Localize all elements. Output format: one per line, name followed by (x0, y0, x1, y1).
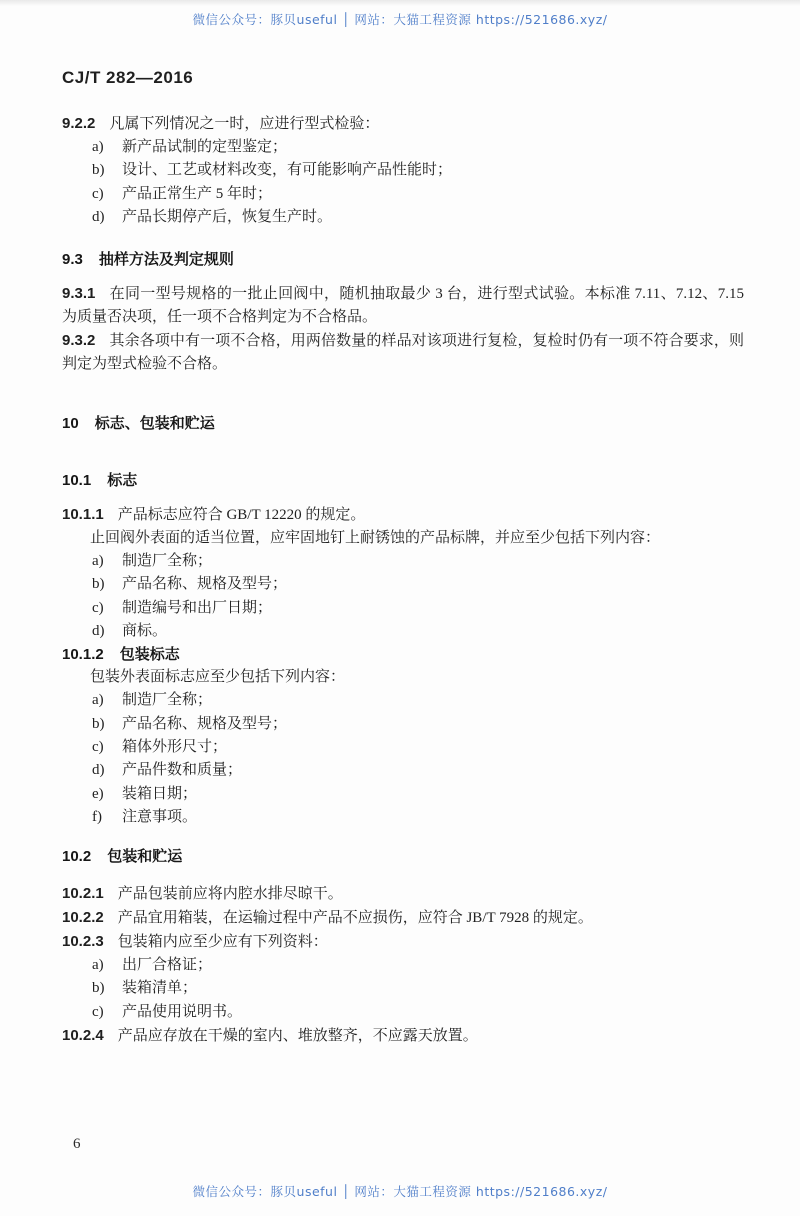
heading-10: 10标志、包装和贮运 (62, 412, 744, 435)
document-page: 微信公众号：豚贝useful │ 网站：大猫工程资源 https://52168… (0, 0, 800, 1216)
clause-10-2-3: 10.2.3包装箱内应至少应有下列资料： (62, 930, 744, 954)
list-item: a) 出厂合格证； (62, 954, 744, 977)
list-item-text: 箱体外形尺寸； (122, 736, 227, 759)
list-item: c) 箱体外形尺寸； (62, 736, 744, 759)
list-item: c) 产品使用说明书。 (62, 1001, 744, 1024)
list-item-label: b) (92, 977, 122, 1000)
list-item-text: 产品使用说明书。 (122, 1001, 242, 1024)
standard-number: CJ/T 282—2016 (62, 68, 744, 88)
clause-number: 10.2.4 (62, 1027, 104, 1044)
list-item-label: c) (92, 597, 122, 620)
clause-number: 10.1.1 (62, 506, 104, 523)
heading-title: 包装标志 (120, 646, 180, 663)
list-item: b) 装箱清单； (62, 977, 744, 1000)
list-item-text: 装箱日期； (122, 783, 197, 806)
clause-9-2-2: 9.2.2凡属下列情况之一时，应进行型式检验： (62, 112, 744, 136)
list-item-text: 产品件数和质量； (122, 759, 242, 782)
list-item: b) 设计、工艺或材料改变，有可能影响产品性能时； (62, 159, 744, 182)
list-item: c) 制造编号和出厂日期； (62, 597, 744, 620)
list-item-label: a) (92, 550, 122, 573)
paragraph-10-1-2: 包装外表面标志应至少包括下列内容： (62, 666, 744, 689)
heading-number: 10.1.2 (62, 646, 104, 663)
list-item-label: b) (92, 713, 122, 736)
clause-text: 在同一型号规格的一批止回阀中，随机抽取最少 3 台，进行型式试验。本标准 7.1… (62, 286, 744, 325)
heading-10-1-2: 10.1.2包装标志 (62, 643, 744, 666)
clause-text: 凡属下列情况之一时，应进行型式检验： (109, 116, 379, 132)
list-item: e) 装箱日期； (62, 783, 744, 806)
list-item-label: d) (92, 620, 122, 643)
clause-9-3-1: 9.3.1在同一型号规格的一批止回阀中，随机抽取最少 3 台，进行型式试验。本标… (62, 282, 744, 329)
list-item-text: 制造编号和出厂日期； (122, 597, 272, 620)
clause-text: 包装箱内应至少应有下列资料： (118, 934, 328, 950)
clause-9-3-2: 9.3.2其余各项中有一项不合格，用两倍数量的样品对该项进行复检，复检时仍有一项… (62, 329, 744, 376)
clause-number: 10.2.3 (62, 933, 104, 950)
clause-text: 产品宜用箱装，在运输过程中产品不应损伤，应符合 JB/T 7928 的规定。 (118, 910, 593, 926)
list-item: d) 商标。 (62, 620, 744, 643)
clause-10-2-2: 10.2.2产品宜用箱装，在运输过程中产品不应损伤，应符合 JB/T 7928 … (62, 906, 744, 930)
list-item-label: e) (92, 783, 122, 806)
clause-text: 其余各项中有一项不合格，用两倍数量的样品对该项进行复检，复检时仍有一项不符合要求… (62, 333, 744, 372)
heading-number: 10.1 (62, 472, 91, 489)
page-number: 6 (73, 1136, 81, 1153)
list-item-text: 产品名称、规格及型号； (122, 573, 287, 596)
list-item-label: a) (92, 689, 122, 712)
list-item-text: 出厂合格证； (122, 954, 212, 977)
clause-number: 10.2.2 (62, 909, 104, 926)
list-item-label: a) (92, 136, 122, 159)
clause-number: 9.3.1 (62, 285, 95, 302)
header-watermark: 微信公众号：豚贝useful │ 网站：大猫工程资源 https://52168… (0, 10, 800, 28)
list-item-label: d) (92, 759, 122, 782)
list-item-text: 产品长期停产后，恢复生产时。 (122, 206, 332, 229)
clause-10-2-1: 10.2.1产品包装前应将内腔水排尽晾干。 (62, 882, 744, 906)
heading-number: 10.2 (62, 848, 91, 865)
clause-text: 产品应存放在干燥的室内、堆放整齐，不应露天放置。 (118, 1028, 478, 1044)
list-item: d) 产品件数和质量； (62, 759, 744, 782)
list-item: f) 注意事项。 (62, 806, 744, 829)
list-item-text: 装箱清单； (122, 977, 197, 1000)
list-item: a) 制造厂全称； (62, 689, 744, 712)
paragraph-10-1-1: 止回阀外表面的适当位置，应牢固地钉上耐锈蚀的产品标牌，并应至少包括下列内容： (62, 527, 744, 550)
clause-10-2-4: 10.2.4产品应存放在干燥的室内、堆放整齐，不应露天放置。 (62, 1024, 744, 1048)
list-item-text: 商标。 (122, 620, 167, 643)
list-item-label: c) (92, 1001, 122, 1024)
list-item-text: 产品正常生产 5 年时； (122, 183, 272, 206)
list-item-label: c) (92, 183, 122, 206)
heading-10-2: 10.2包装和贮运 (62, 845, 744, 868)
list-item: d) 产品长期停产后，恢复生产时。 (62, 206, 744, 229)
heading-number: 10 (62, 415, 79, 432)
list-item: b) 产品名称、规格及型号； (62, 713, 744, 736)
list-item-text: 制造厂全称； (122, 550, 212, 573)
heading-title: 包装和贮运 (107, 848, 182, 865)
list-item: b) 产品名称、规格及型号； (62, 573, 744, 596)
clause-number: 9.2.2 (62, 115, 95, 132)
list-item-label: b) (92, 573, 122, 596)
list-item-label: f) (92, 806, 122, 829)
list-item: a) 制造厂全称； (62, 550, 744, 573)
heading-number: 9.3 (62, 251, 83, 268)
clause-10-1-1: 10.1.1产品标志应符合 GB/T 12220 的规定。 (62, 503, 744, 527)
footer-watermark: 微信公众号：豚贝useful │ 网站：大猫工程资源 https://52168… (0, 1182, 800, 1200)
list-item-text: 制造厂全称； (122, 689, 212, 712)
list-item-text: 设计、工艺或材料改变，有可能影响产品性能时； (122, 159, 452, 182)
page-content: CJ/T 282—2016 9.2.2凡属下列情况之一时，应进行型式检验： a)… (62, 68, 744, 1048)
list-item-label: a) (92, 954, 122, 977)
clause-number: 9.3.2 (62, 332, 95, 349)
list-item-label: c) (92, 736, 122, 759)
clause-text: 产品包装前应将内腔水排尽晾干。 (118, 886, 343, 902)
heading-10-1: 10.1标志 (62, 469, 744, 492)
list-item-text: 注意事项。 (122, 806, 197, 829)
heading-title: 标志 (107, 472, 137, 489)
list-item: c) 产品正常生产 5 年时； (62, 183, 744, 206)
list-item-text: 新产品试制的定型鉴定； (122, 136, 287, 159)
list-item-label: d) (92, 206, 122, 229)
clause-number: 10.2.1 (62, 885, 104, 902)
list-item-text: 产品名称、规格及型号； (122, 713, 287, 736)
list-item-label: b) (92, 159, 122, 182)
heading-title: 标志、包装和贮运 (95, 415, 215, 432)
clause-text: 产品标志应符合 GB/T 12220 的规定。 (118, 507, 366, 523)
heading-9-3: 9.3抽样方法及判定规则 (62, 248, 744, 271)
heading-title: 抽样方法及判定规则 (99, 251, 234, 268)
list-item: a) 新产品试制的定型鉴定； (62, 136, 744, 159)
